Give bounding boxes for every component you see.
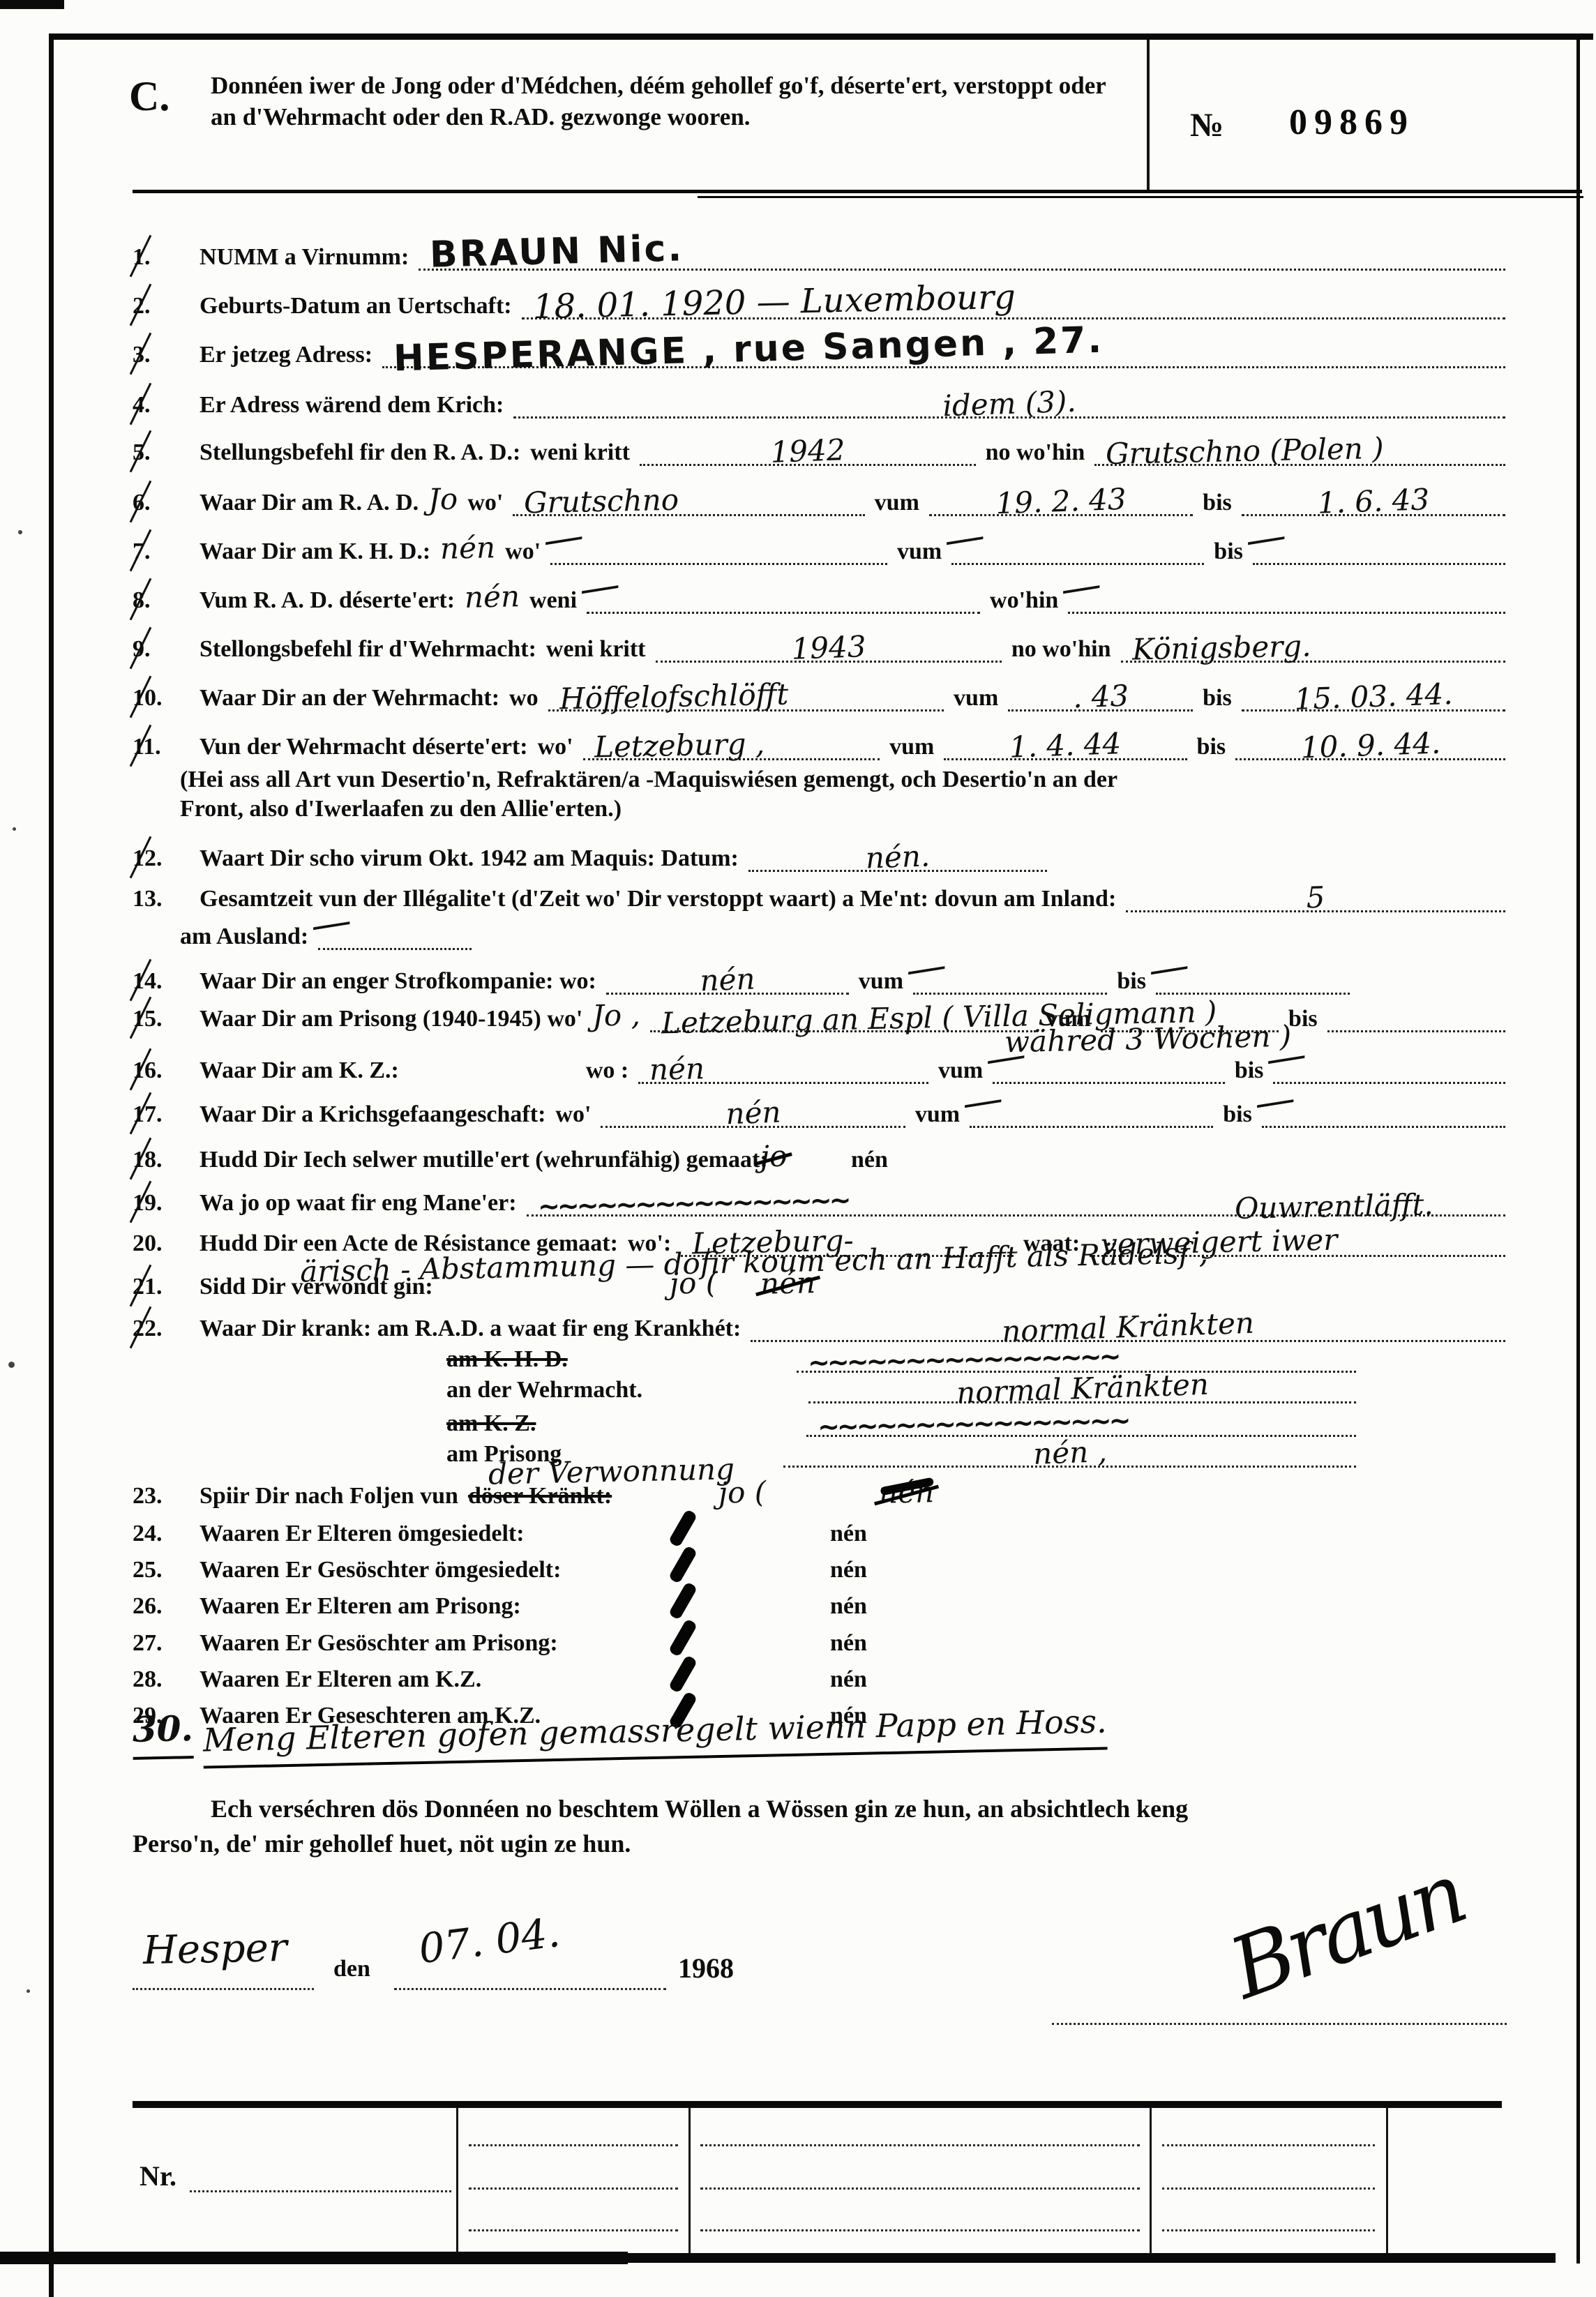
item-2: 2.Geburts-Datum an Uertschaft:18. 01. 19…	[133, 283, 1505, 319]
date-handwriting: 07. 04.	[416, 1908, 563, 1973]
header-rule	[133, 190, 1582, 193]
form-field-line: nén	[601, 1091, 905, 1128]
form-field-line: Letzeburg an Espl ( Villa Seligmann )	[650, 995, 1036, 1032]
footer-cell-line	[469, 2187, 678, 2190]
scan-speckle	[13, 827, 16, 831]
printed-label: Waaren Er Elteren am K.Z.	[200, 1666, 481, 1693]
footer-column-line-2	[688, 2108, 691, 2254]
jo-strikethrough-mark	[668, 1618, 698, 1657]
printed-label: vum	[954, 685, 998, 711]
printed-label: Waar Dir am Prisong (1940-1945) wo'	[200, 1006, 582, 1032]
printed-label: nén	[830, 1593, 867, 1620]
handwritten-text: nén	[465, 579, 520, 615]
field-value: —	[540, 511, 584, 564]
item-8: 8.Vum R. A. D. déserte'ert:nénweni—wo'hi…	[133, 578, 1505, 614]
printed-label: Hudd Dir Iech selwer mutille'ert (wehrun…	[200, 1147, 768, 1173]
footer-cell-line	[700, 2187, 1140, 2190]
item-number: 28.	[133, 1666, 190, 1693]
form-field-line: Höffelofschlöfft	[548, 675, 944, 711]
printed-label-struck: döser Kränkt:	[468, 1483, 612, 1509]
field-value: nén	[700, 962, 756, 998]
item-6: 6.Waar Dir am R. A. D.Jowo'Grutschnovum1…	[133, 480, 1505, 516]
printed-label: nén	[830, 1557, 867, 1583]
printed-label: bis	[1117, 968, 1146, 995]
item-23: 23.Spiir Dir nach Foljen vundöser Kränkt…	[133, 1473, 1505, 1509]
form-field-line: BRAUN Nic.	[419, 234, 1505, 271]
item-number: 7.	[133, 539, 190, 565]
signature-line	[1052, 2023, 1507, 2025]
form-field-line: —	[1253, 528, 1505, 565]
item-number: 9.	[133, 636, 190, 663]
field-value: . 43	[1072, 679, 1129, 715]
form-field-line: normal Kränkten	[808, 1366, 1356, 1403]
item-number: 5.	[133, 439, 190, 466]
item-number: 25.	[133, 1557, 190, 1583]
item-number: 14.	[133, 968, 190, 995]
printed-label: nén	[830, 1666, 867, 1693]
scan-speckle	[8, 1362, 15, 1368]
handwritten-text: jo (	[669, 1265, 717, 1300]
printed-label: Vum R. A. D. déserte'ert:	[200, 587, 455, 614]
form-field-line: —	[1273, 1047, 1505, 1084]
handwritten-struck: nén	[878, 1475, 934, 1510]
printed-label: Waar Dir an der Wehrmacht:	[200, 685, 499, 711]
printed-label: Geburts-Datum an Uertschaft:	[200, 293, 512, 319]
printed-label: vum	[915, 1101, 960, 1128]
field-value: 1943	[790, 629, 866, 666]
form-field-line: nén	[638, 1047, 928, 1084]
item-number: 15.	[133, 1006, 190, 1032]
printed-label: wo	[509, 685, 539, 711]
handwritten-text: nén	[440, 530, 496, 566]
section-letter: C.	[129, 73, 170, 121]
item-number: 4.	[133, 392, 190, 419]
item-number: 13.	[133, 886, 190, 912]
form-field-line: —	[550, 528, 887, 565]
form-field-line: Königsberg.	[1121, 626, 1505, 663]
item-number: 6.	[133, 490, 190, 516]
printed-label: Waart Dir scho virum Okt. 1942 am Maquis…	[200, 845, 739, 872]
printed-label: nén	[851, 1147, 888, 1173]
form-field-line: nén	[606, 958, 849, 995]
item-20-annotation: Ouwrentläfft.	[1235, 1187, 1505, 1223]
year-text: 1968	[678, 1952, 734, 1985]
header-divider-line	[1147, 40, 1150, 190]
printed-label: Stellungsbefehl fir den R. A. D.:	[200, 439, 520, 466]
field-value: —	[308, 896, 352, 949]
item-3: 3.Er jetzeg Adress:HESPERANGE , rue Sang…	[133, 332, 1505, 368]
form-field-line: 15. 03. 44.	[1242, 675, 1505, 711]
footer-top-rule	[133, 2101, 1502, 2108]
handwritten-text: 30.	[132, 1708, 194, 1760]
item-4: 4.Er Adress wärend dem Krich:idem (3).	[133, 382, 1505, 419]
handwritten-text: Jo ,	[592, 997, 641, 1032]
footer-column-line-4	[1386, 2108, 1388, 2254]
item-number: 19.	[133, 1190, 190, 1217]
item-11-note-2: Front, also d'Iwerlaafen zu den Allie'er…	[180, 786, 1505, 822]
form-field-line: Letzeburg ,	[583, 723, 880, 760]
field-value: —	[1242, 511, 1286, 564]
form-field-line: 1. 4. 44	[944, 723, 1187, 760]
handwritten-struck: nén	[760, 1265, 815, 1301]
scan-corner-mark	[0, 0, 64, 9]
form-field-line: 1. 6. 43	[1242, 479, 1505, 516]
form-field-line: —	[951, 528, 1204, 565]
field-value: —	[576, 560, 620, 612]
place-handwriting: Hesper	[142, 1925, 287, 1973]
printed-label: weni	[529, 587, 577, 614]
item-26: 26.Waaren Er Elteren am Prisong:nén	[133, 1583, 1505, 1620]
form-title: Donnéen iwer de Jong oder d'Médchen, déé…	[211, 70, 1111, 133]
handwritten-struck: jo	[760, 1139, 787, 1174]
footer-cell-line	[700, 2144, 1140, 2146]
form-field-line: 1943	[656, 626, 1002, 663]
jo-strikethrough-mark	[668, 1545, 698, 1584]
field-value: nén.	[865, 838, 931, 875]
field-value: Königsberg.	[1131, 628, 1311, 666]
item-28: 28.Waaren Er Elteren am K.Z.nén	[133, 1657, 1505, 1693]
form-field-line: 1942	[640, 429, 976, 466]
footer-cell-line	[1162, 2187, 1375, 2190]
item-number: 17.	[133, 1101, 190, 1128]
printed-label: weni kritt	[546, 636, 646, 663]
item-7: 7.Waar Dir am K. H. D.:nénwo'—vum—bis—	[133, 529, 1505, 565]
form-field-line: —	[1262, 1091, 1505, 1128]
item-number: 16.	[133, 1057, 190, 1084]
item-14: 14.Waar Dir an enger Strofkompanie: wo:n…	[133, 958, 1505, 995]
jo-strikethrough-mark	[668, 1509, 698, 1548]
field-value: idem (3).	[942, 384, 1077, 423]
field-value: nén	[725, 1095, 781, 1131]
item-number: 10.	[133, 685, 190, 711]
wavy-strike-line: ~~~~~~~~~~~~~~~~	[537, 1184, 848, 1221]
item-number: 8.	[133, 587, 190, 614]
item-number: 3.	[133, 342, 190, 368]
form-field-line: Grutschno	[513, 479, 864, 516]
field-value: —	[941, 511, 985, 564]
form-field-line: 5	[1126, 875, 1505, 912]
printed-label: Stellongsbefehl fir d'Wehrmacht:	[200, 636, 536, 663]
item-number: 27.	[133, 1630, 190, 1657]
printed-label: vum	[875, 490, 919, 516]
item-number: 20.	[133, 1230, 190, 1257]
printed-label: wo :	[586, 1057, 628, 1084]
printed-label: Waar Dir am R. A. D.	[200, 490, 419, 516]
footer-cell-line	[1162, 2144, 1375, 2146]
field-value: HESPERANGE , rue Sangen , 27.	[393, 319, 1104, 380]
printed-label: NUMM a Virnumm:	[200, 244, 409, 271]
item-number: 18.	[133, 1147, 190, 1173]
footer-column-line-3	[1150, 2108, 1152, 2254]
printed-label: bis	[1203, 490, 1232, 516]
field-value: 19. 2. 43	[995, 482, 1127, 520]
printed-label: Er Adress wärend dem Krich:	[200, 392, 504, 419]
form-field-line: 19. 2. 43	[929, 479, 1193, 516]
page-border-right	[1576, 38, 1580, 2264]
printed-label: no wo'hin	[1011, 636, 1111, 663]
printed-label: Waaren Er Elteren ömgesiedelt:	[200, 1521, 525, 1547]
form-field-line: —	[993, 1047, 1225, 1084]
field-value: —	[903, 941, 947, 993]
item-number: 22.	[133, 1316, 190, 1342]
form-field-line: —	[1068, 577, 1505, 614]
field-value: 5	[1306, 880, 1325, 915]
scanned-form-page: C. Donnéen iwer de Jong oder d'Médchen, …	[0, 0, 1596, 2297]
form-field-line: 10. 9. 44.	[1235, 723, 1505, 760]
form-field-line: Grutschno (Polen )	[1094, 429, 1505, 466]
printed-label: bis	[1214, 539, 1243, 565]
printed-label: vum	[897, 539, 942, 565]
printed-label: Waaren Er Elteren am Prisong:	[200, 1593, 521, 1620]
item-27: 27.Waaren Er Gesöschter am Prisong:nén	[133, 1620, 1505, 1657]
field-value: 1. 6. 43	[1317, 482, 1430, 520]
item-1: 1.NUMM a Virnumm:BRAUN Nic.	[133, 234, 1505, 271]
form-field-line: HESPERANGE , rue Sangen , 27.	[382, 331, 1505, 368]
printed-label: weni kritt	[530, 439, 630, 466]
field-value: —	[1057, 560, 1101, 612]
form-field-line: —	[913, 958, 1107, 995]
item-12: 12.Waart Dir scho virum Okt. 1942 am Maq…	[133, 836, 1505, 872]
footer-cell-line	[469, 2229, 678, 2231]
form-field-line: —	[970, 1091, 1213, 1128]
footer-cell-line	[1162, 2229, 1375, 2231]
item-17: 17.Waar Dir a Krichsgefaangeschaft:wo'né…	[133, 1092, 1505, 1128]
printed-label: am Ausland:	[180, 924, 308, 950]
item-25: 25.Waaren Er Gesöschter ömgesiedelt:nén	[133, 1547, 1505, 1583]
printed-label: Waar Dir am K. H. D.:	[200, 539, 430, 565]
item-18: 18.Hudd Dir Iech selwer mutille'ert (weh…	[133, 1137, 1505, 1173]
scan-speckle	[27, 1989, 30, 1993]
footer-bottom-rule-heavy	[0, 2252, 628, 2264]
printed-label: Waaren Er Gesöschter ömgesiedelt:	[200, 1557, 561, 1583]
printed-label: bis	[1203, 685, 1232, 711]
declaration-line-2: Perso'n, de' mir gehollef huet, nöt ugin…	[133, 1829, 631, 1858]
item-number: 23.	[133, 1483, 190, 1509]
printed-label: Waaren Er Gesöschter am Prisong:	[200, 1630, 558, 1657]
footer-column-line-1	[456, 2108, 458, 2254]
printed-label: Spiir Dir nach Foljen vun	[200, 1483, 458, 1509]
item-number: 26.	[133, 1593, 190, 1620]
form-number-value: 09869	[1289, 102, 1415, 143]
signature-handwriting: Braun	[1219, 1846, 1476, 2018]
form-number-label: №	[1190, 106, 1224, 144]
printed-label: Wa jo op waat fir eng Mane'er:	[200, 1190, 517, 1217]
footer-nr-line	[190, 2190, 451, 2192]
field-value: 15. 03. 44.	[1294, 677, 1454, 716]
printed-label: bis	[1223, 1101, 1252, 1128]
handwritten-text: jo (	[718, 1475, 766, 1509]
item-16: 16.Waar Dir am K. Z.:wo :nénvum—bis—	[133, 1048, 1505, 1084]
page-border-top	[49, 33, 1593, 40]
form-field-line: —	[587, 577, 980, 614]
form-field-line: 18. 01. 1920 — Luxembourg	[522, 283, 1505, 319]
printed-label: Waar Dir a Krichsgefaangeschaft:	[200, 1101, 545, 1128]
item-5: 5.Stellungsbefehl fir den R. A. D.:weni …	[133, 430, 1505, 466]
item-13b: am Ausland:—	[180, 914, 1505, 950]
field-value: —	[1251, 1074, 1295, 1127]
printed-label: vum	[859, 968, 903, 995]
field-value: Grutschno	[524, 483, 679, 520]
printed-label: Sidd Dir verwondt gin:	[200, 1274, 433, 1300]
item-22-wehrmacht: an der Wehrmacht.normal Kränkten	[446, 1367, 1505, 1403]
printed-label: wo'hin	[990, 587, 1058, 614]
printed-label: Er jetzeg Adress:	[200, 342, 372, 368]
field-value: BRAUN Nic.	[430, 227, 685, 276]
printed-label: wo'	[467, 490, 503, 516]
page-border-left	[49, 33, 54, 2297]
field-value: nén	[649, 1051, 705, 1087]
form-field-line: —	[1156, 958, 1350, 995]
handwritten-text: Jo	[428, 482, 458, 517]
item-number: 21.	[133, 1274, 190, 1300]
form-field-line: —	[318, 913, 472, 950]
field-value: —	[1145, 941, 1189, 993]
scan-speckle	[18, 530, 22, 534]
field-value: —	[959, 1074, 1003, 1127]
printed-label: wo'	[555, 1101, 591, 1128]
item-number: 1.	[133, 244, 190, 271]
printed-label: Waar Dir am K. Z.:	[200, 1057, 399, 1084]
form-field-line: . 43	[1008, 675, 1193, 711]
printed-label: wo'	[505, 539, 541, 565]
field-value: 1942	[769, 432, 845, 469]
printed-label: nén	[830, 1521, 867, 1547]
printed-label: Front, also d'Iwerlaafen zu den Allie'er…	[180, 796, 622, 822]
item-21: 21.Sidd Dir verwondt gin:jo (nén	[133, 1264, 1505, 1300]
date-line	[394, 1988, 666, 1990]
item-11: 11.Vun der Wehrmacht déserte'ert:wo'Letz…	[133, 724, 1505, 760]
item-30: 30.Meng Elteren gofen gemassregelt wienn…	[133, 1723, 1505, 1759]
form-field-line: idem (3).	[513, 382, 1505, 419]
item-10: 10.Waar Dir an der Wehrmacht:woHöffelofs…	[133, 675, 1505, 711]
footer-cell-line	[469, 2144, 678, 2146]
declaration-line-1: Ech verséchren dös Donnéen no beschtem W…	[211, 1794, 1188, 1823]
place-line	[133, 1988, 314, 1990]
header-rule-2	[698, 196, 1583, 198]
item-number: 2.	[133, 293, 190, 319]
printed-label: an der Wehrmacht.	[446, 1377, 642, 1403]
form-field-line: nén.	[748, 835, 1047, 872]
footer-cell-line	[700, 2229, 1140, 2231]
item-number: 24.	[133, 1521, 190, 1547]
item-9: 9.Stellongsbefehl fir d'Wehrmacht:weni k…	[133, 626, 1505, 663]
jo-strikethrough-mark	[668, 1655, 698, 1694]
field-value: 18. 01. 1920 — Luxembourg	[532, 278, 1016, 326]
item-number: 12.	[133, 845, 190, 872]
printed-label: Waar Dir an enger Strofkompanie: wo:	[200, 968, 596, 995]
item-24: 24.Waaren Er Elteren ömgesiedelt:nén	[133, 1511, 1505, 1547]
den-label: den	[333, 1956, 370, 1982]
printed-label: no wo'hin	[986, 439, 1085, 466]
footer-nr-label: Nr.	[140, 2160, 176, 2192]
jo-strikethrough-mark	[668, 1581, 698, 1620]
printed-label: nén	[830, 1630, 867, 1657]
field-value: Höffelofschlöfft	[559, 677, 788, 716]
field-value: Grutschno (Polen )	[1106, 431, 1385, 471]
